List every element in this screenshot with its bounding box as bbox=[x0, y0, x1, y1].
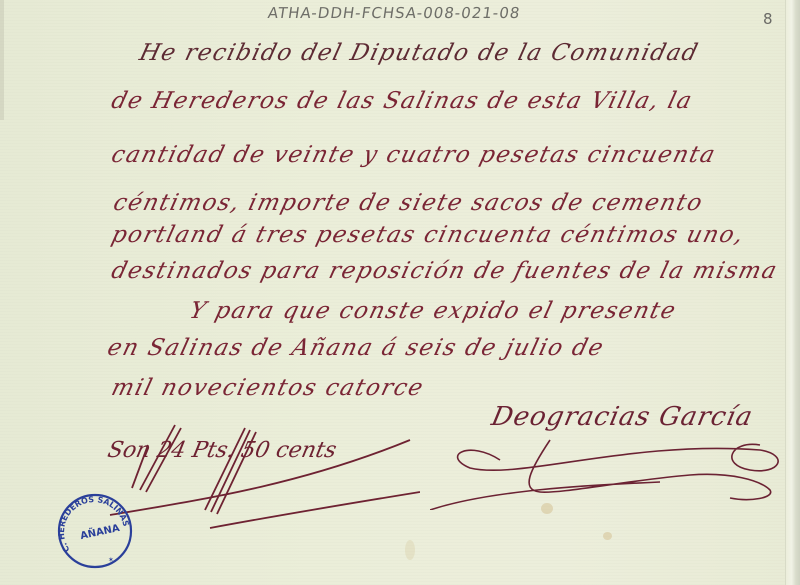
page-number: 8 bbox=[763, 10, 773, 28]
body-line: Y para que conste expido el presente bbox=[187, 298, 680, 324]
paper-stain bbox=[603, 532, 612, 540]
body-line: cantidad de veinte y cuatro pesetas cinc… bbox=[109, 142, 719, 168]
document-page: ATHA-DDH-FCHSA-008-021-08 8 He recibido … bbox=[0, 0, 800, 585]
body-line: destinados para reposición de fuentes de… bbox=[109, 258, 781, 284]
signature-flourish bbox=[430, 420, 790, 510]
body-line: de Herederos de las Salinas de esta Vill… bbox=[109, 88, 696, 114]
svg-text:✶: ✶ bbox=[108, 556, 114, 564]
body-line: mil novecientos catorce bbox=[109, 375, 427, 401]
body-line: en Salinas de Añana á seis de julio de bbox=[105, 335, 607, 361]
body-line: portland á tres pesetas cincuenta céntim… bbox=[109, 222, 747, 248]
body-line: He recibido del Diputado de la Comunidad bbox=[137, 40, 702, 66]
paper-left-edge bbox=[0, 0, 4, 120]
body-line: céntimos, importe de siete sacos de ceme… bbox=[111, 190, 706, 216]
archive-reference: ATHA-DDH-FCHSA-008-021-08 bbox=[267, 4, 522, 22]
paper-stain bbox=[405, 540, 415, 560]
